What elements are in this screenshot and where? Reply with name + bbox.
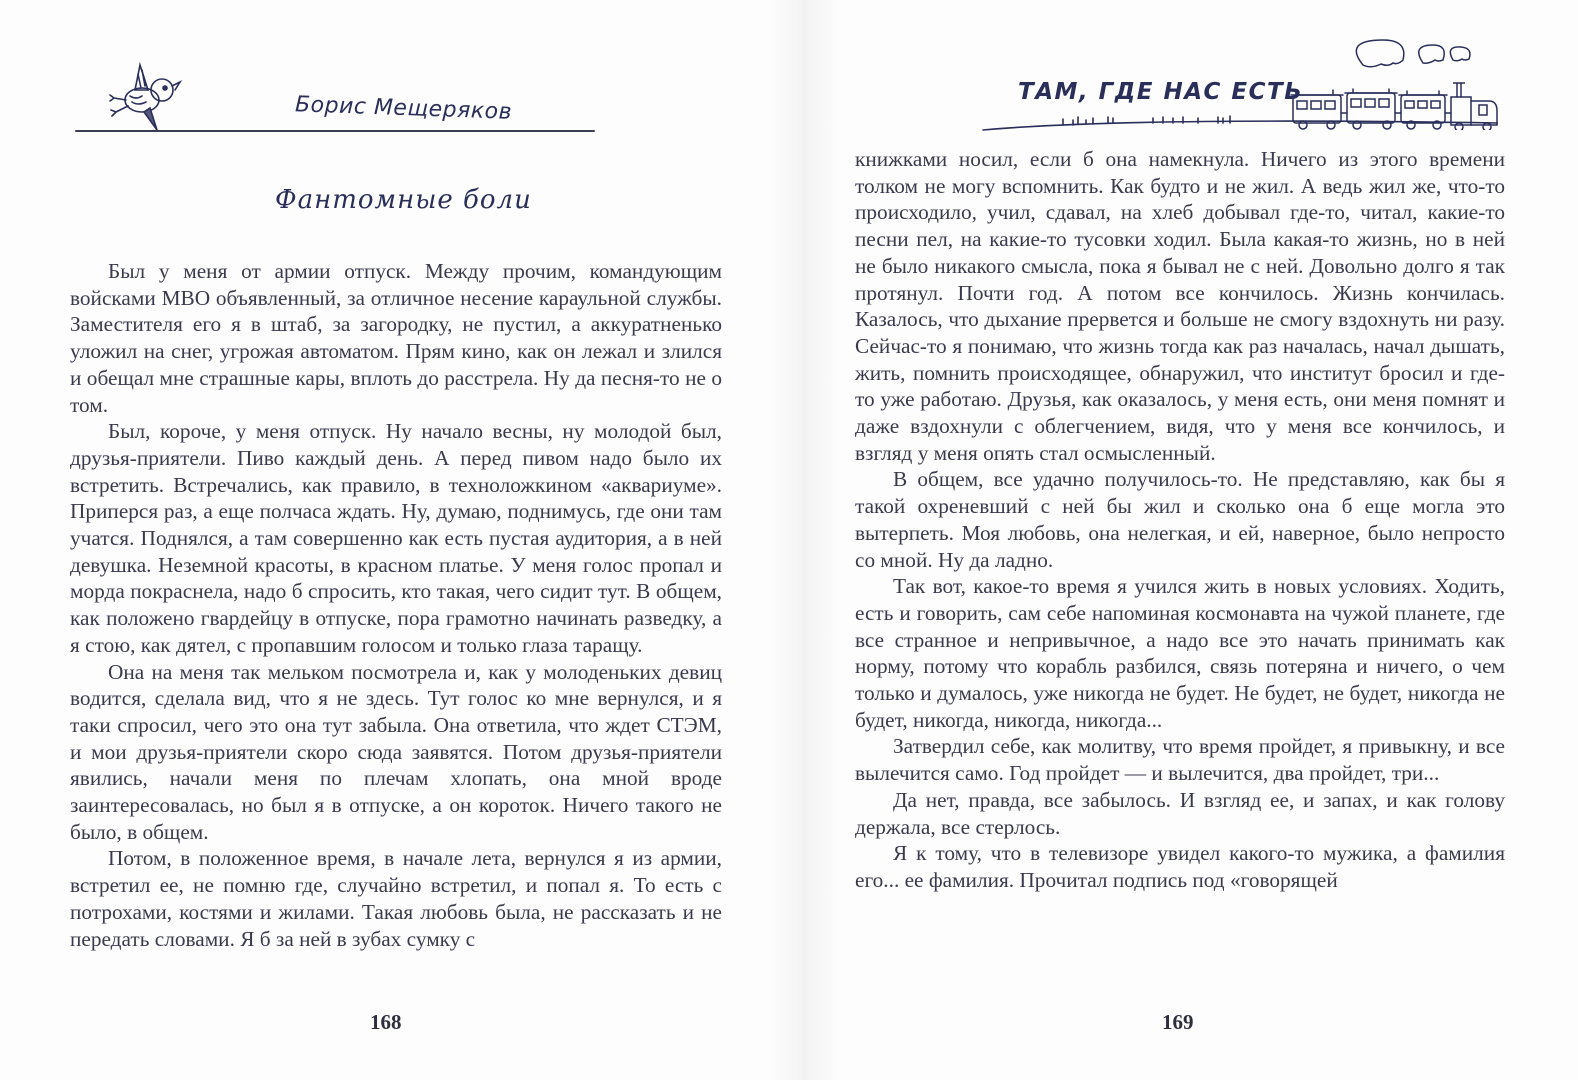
right-page: ТАМ, ГДЕ НАС ЕСТЬ — [800, 0, 1578, 1080]
paragraph: В общем, все удачно получилось-то. Не пр… — [855, 466, 1505, 573]
paragraph: Затвердил себе, как молитву, что время п… — [855, 733, 1505, 786]
book-title: ТАМ, ГДЕ НАС ЕСТЬ — [1018, 79, 1303, 105]
left-page-body: Был у меня от армии отпуск. Между прочим… — [70, 258, 722, 952]
paragraph: Был у меня от армии отпуск. Между прочим… — [70, 258, 722, 418]
left-page: Борис Мещеряков Фантомные боли Был у мен… — [0, 0, 770, 1080]
paragraph: Да нет, правда, все забылось. И взгляд е… — [855, 787, 1505, 840]
header-rule — [75, 130, 595, 132]
page-number: 169 — [1162, 1010, 1194, 1035]
paragraph: Я к тому, что в телевизоре увидел какого… — [855, 840, 1505, 893]
paragraph: Она на меня так мельком посмотрела и, ка… — [70, 659, 722, 846]
train-icon — [1283, 35, 1498, 130]
paragraph-continuation: книжками носил, если б она намекнула. Ни… — [855, 146, 1505, 466]
paragraph: Был, короче, у меня отпуск. Ну начало ве… — [70, 418, 722, 658]
paragraph: Так вот, какое-то время я учился жить в … — [855, 573, 1505, 733]
chapter-title: Фантомные боли — [275, 185, 532, 215]
author-running-head: Борис Мещеряков — [70, 60, 600, 140]
paragraph: Потом, в положенное время, в начале лета… — [70, 845, 722, 952]
author-name: Борис Мещеряков — [295, 92, 513, 125]
page-number: 168 — [370, 1010, 402, 1035]
bird-icon — [100, 60, 190, 135]
right-page-body: книжками носил, если б она намекнула. Ни… — [855, 146, 1505, 894]
book-title-running-head: ТАМ, ГДЕ НАС ЕСТЬ — [978, 35, 1498, 135]
book-spread: Борис Мещеряков Фантомные боли Был у мен… — [0, 0, 1578, 1080]
